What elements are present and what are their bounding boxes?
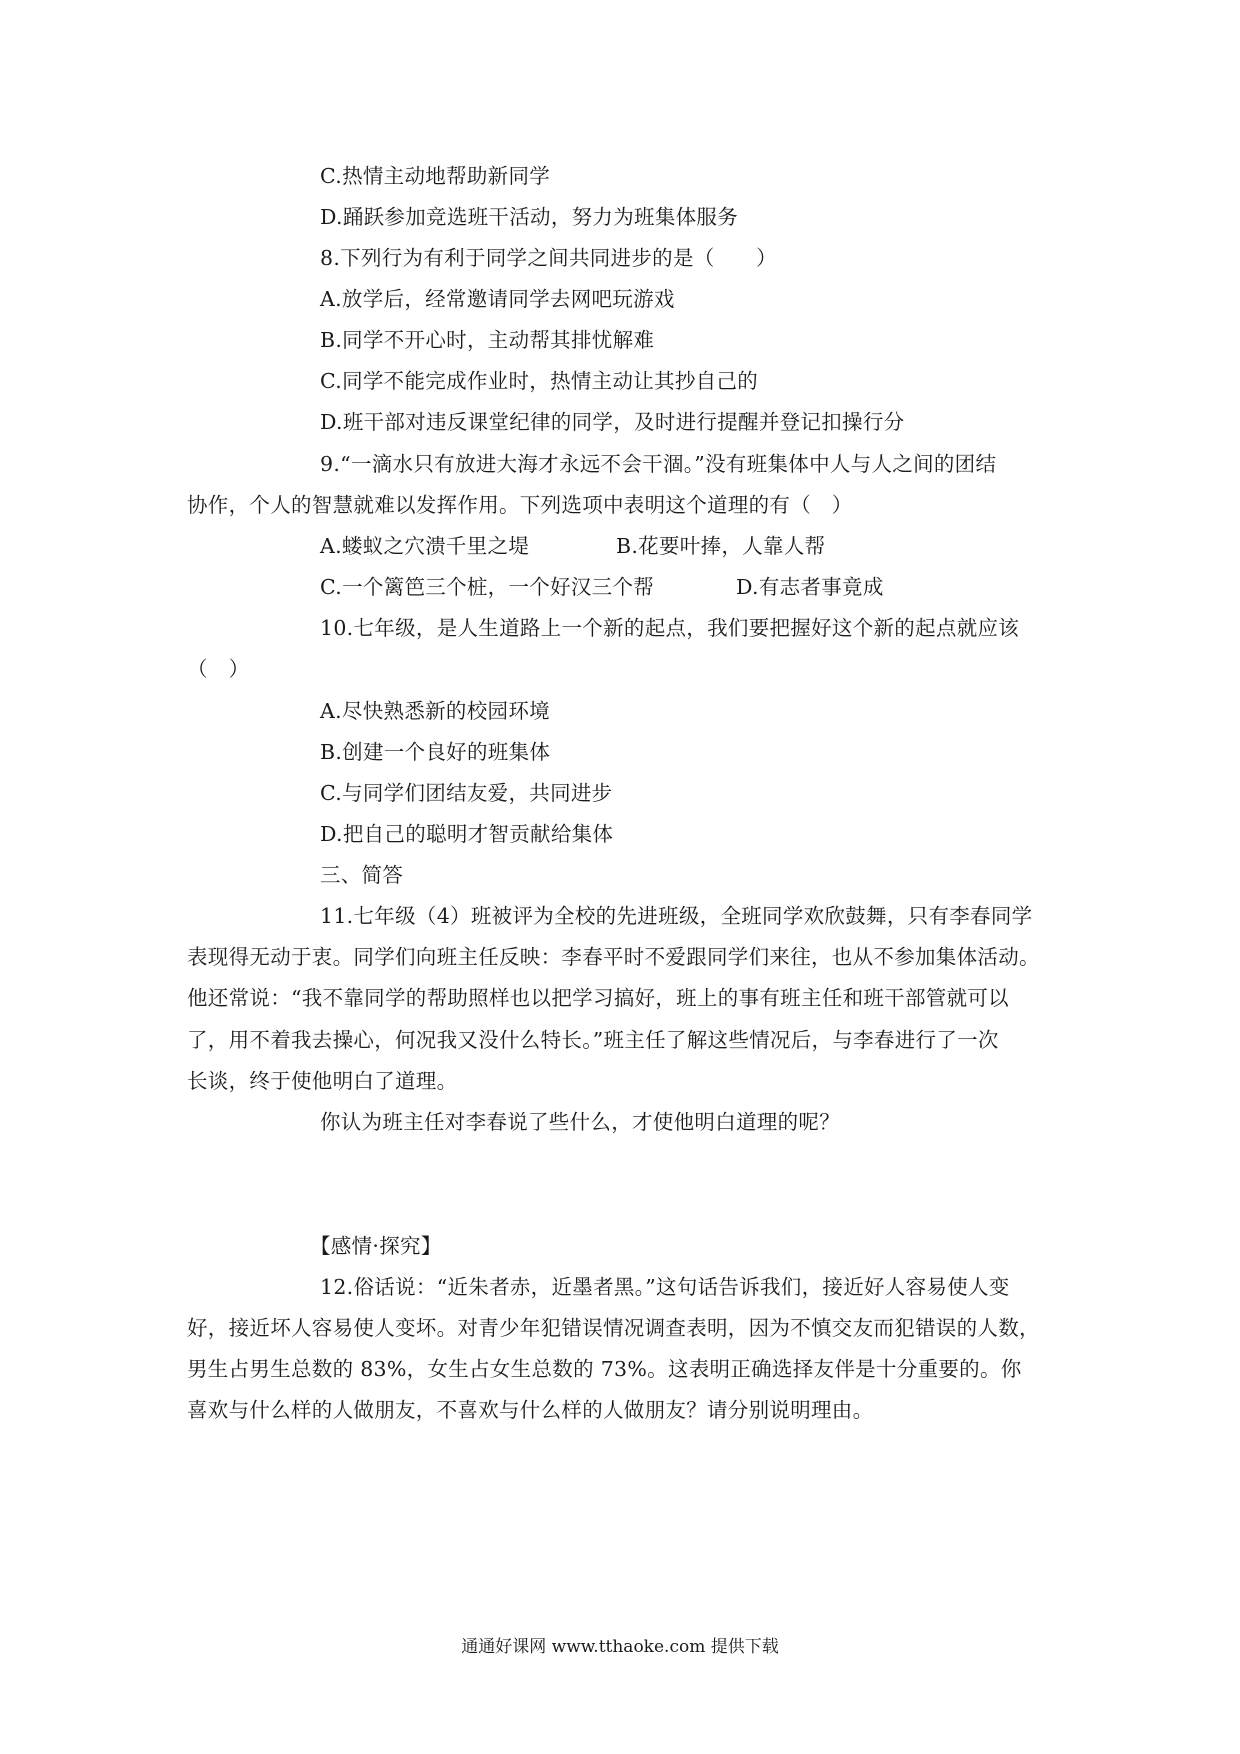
q9-question-line2: 协作，个人的智慧就难以发挥作用。下列选项中表明这个道理的有（ ）	[187, 492, 853, 518]
q11-line2: 表现得无动于衷。同学们向班主任反映：李春平时不爱跟同学们来往，也从不参加集体活动…	[187, 944, 1040, 970]
q11-line5: 长谈，终于使他明白了道理。	[187, 1068, 457, 1094]
q12-line4: 喜欢与什么样的人做朋友，不喜欢与什么样的人做朋友？请分别说明理由。	[187, 1397, 873, 1423]
q10-question-line2: （ ）	[187, 656, 249, 682]
q12-line2: 好，接近坏人容易使人变坏。对青少年犯错误情况调查表明，因为不慎交友而犯错误的人数…	[187, 1315, 1040, 1341]
q7-option-c: C.热情主动地帮助新同学	[320, 163, 550, 189]
q11-question: 你认为班主任对李春说了些什么，才使他明白道理的呢？	[320, 1109, 840, 1135]
q8-option-b: B.同学不开心时，主动帮其排忧解难	[320, 327, 654, 353]
q10-option-a: A.尽快熟悉新的校园环境	[320, 698, 550, 724]
q7-option-d: D.踊跃参加竞选班干活动，努力为班集体服务	[320, 204, 738, 230]
q8-option-d: D.班干部对违反课堂纪律的同学，及时进行提醒并登记扣操行分	[320, 409, 904, 435]
q8-question: 8.下列行为有利于同学之间共同进步的是（ ）	[320, 245, 777, 271]
q11-line3: 他还常说：“我不靠同学的帮助照样也以把学习搞好，班上的事有班主任和班干部管就可以	[187, 985, 1009, 1011]
q11-line1: 11.七年级（4）班被评为全校的先进班级，全班同学欢欣鼓舞，只有李春同学	[320, 903, 1032, 929]
q9-option-c: C.一个篱笆三个桩，一个好汉三个帮	[320, 574, 654, 600]
section-short-answer-title: 三、简答	[320, 862, 403, 888]
page-footer: 通通好课网 www.tthaoke.com 提供下载	[0, 1636, 1240, 1658]
q10-option-c: C.与同学们团结友爱，共同进步	[320, 780, 612, 806]
q9-question-line1: 9.“一滴水只有放进大海才永远不会干涸。”没有班集体中人与人之间的团结	[320, 451, 996, 477]
q10-option-b: B.创建一个良好的班集体	[320, 739, 550, 765]
q9-option-d: D.有志者事竟成	[736, 574, 884, 600]
q8-option-c: C.同学不能完成作业时，热情主动让其抄自己的	[320, 368, 758, 394]
q12-line3: 男生占男生总数的 83%，女生占女生总数的 73%。这表明正确选择友伴是十分重要…	[187, 1356, 1022, 1382]
section-feeling-title: 【感情·探究】	[310, 1233, 442, 1259]
q9-option-b: B.花要叶捧，人靠人帮	[616, 533, 825, 559]
q11-line4: 了，用不着我去操心，何况我又没什么特长。”班主任了解这些情况后，与李春进行了一次	[187, 1027, 999, 1053]
q9-option-a: A.蝼蚁之穴溃千里之堤	[320, 533, 529, 559]
q10-question-line1: 10.七年级，是人生道路上一个新的起点，我们要把握好这个新的起点就应该	[320, 615, 1019, 641]
q10-option-d: D.把自己的聪明才智贡献给集体	[320, 821, 613, 847]
q12-line1: 12.俗话说：“近朱者赤，近墨者黑。”这句话告诉我们，接近好人容易使人变	[320, 1274, 1010, 1300]
q8-option-a: A.放学后，经常邀请同学去网吧玩游戏	[320, 286, 675, 312]
document-page: C.热情主动地帮助新同学 D.踊跃参加竞选班干活动，努力为班集体服务 8.下列行…	[0, 0, 1240, 1754]
